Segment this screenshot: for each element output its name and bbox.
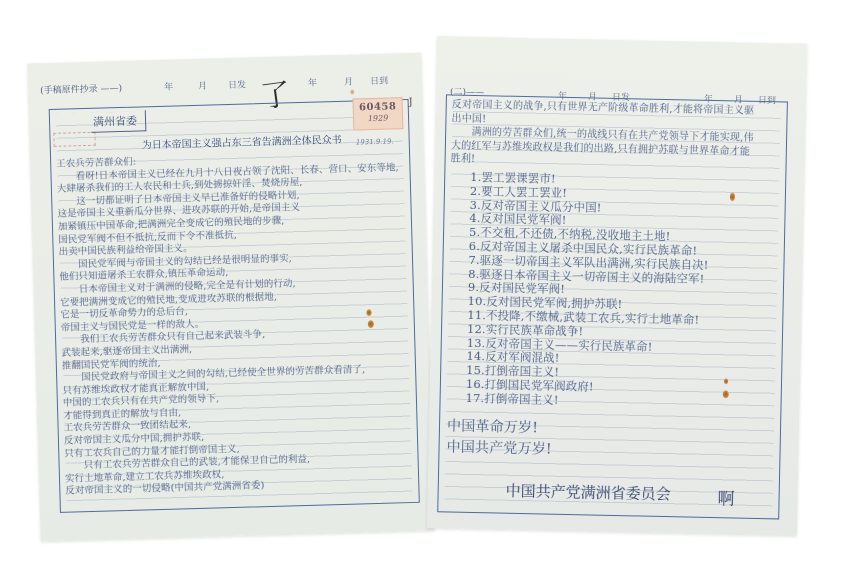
rust-stain xyxy=(350,89,354,94)
signature: 中国共产党满洲省委员会 xyxy=(505,480,670,504)
header-month-received: 月 xyxy=(344,75,353,88)
manuscript-page-left: (手稿原件抄录 ——) 年 月 日发 年 月 日到 了 60458 1929 J… xyxy=(27,53,434,542)
closing-slogan: 中国共产党万岁! xyxy=(446,437,646,462)
header-year-received: 年 xyxy=(308,76,317,89)
archive-stamp: 60458 1929 xyxy=(353,97,404,130)
left-header-row: 年 月 日发 年 月 日到 xyxy=(40,73,410,99)
manuscript-page-right: (二)—— 年 月 日发 年 月 日到 反对帝国主义的战争,只有世界无产阶级革命… xyxy=(427,36,807,536)
faded-box xyxy=(53,132,95,147)
left-body-text: 工农兵劳苦群众们: 看呀!日本帝国主义已经在九月十八日夜占领了沈阳、长春、营口、… xyxy=(56,149,412,513)
header-month-sent: 月 xyxy=(198,79,207,92)
rust-stain xyxy=(366,309,371,316)
signature-mark: 啊 xyxy=(717,484,735,509)
stamp-handwritten: 1929 xyxy=(354,113,402,123)
date-note: 1931.9.19. xyxy=(356,137,394,146)
rust-stain xyxy=(368,320,374,328)
closing-slogans: 中国革命万岁! 中国共产党万岁! xyxy=(446,416,647,466)
header-day-sent: 日发 xyxy=(228,77,246,90)
boxed-heading: 满州省委 xyxy=(91,110,147,133)
header-day-received: 日到 xyxy=(370,74,388,87)
header-year-sent: 年 xyxy=(164,80,173,93)
stamp-number: 60458 xyxy=(354,101,402,113)
stamp-suffix: J xyxy=(408,97,412,108)
right-intro-text: 反对帝国主义的战争,只有世界无产阶级革命胜利,才能将帝国主义驱 出中国! 满洲的… xyxy=(450,99,783,178)
slogan-list: 1.罢工罢课罢市! 2.要工人罢工罢业! 3.反对帝国主义瓜分中国! 4.反对国… xyxy=(465,171,780,417)
